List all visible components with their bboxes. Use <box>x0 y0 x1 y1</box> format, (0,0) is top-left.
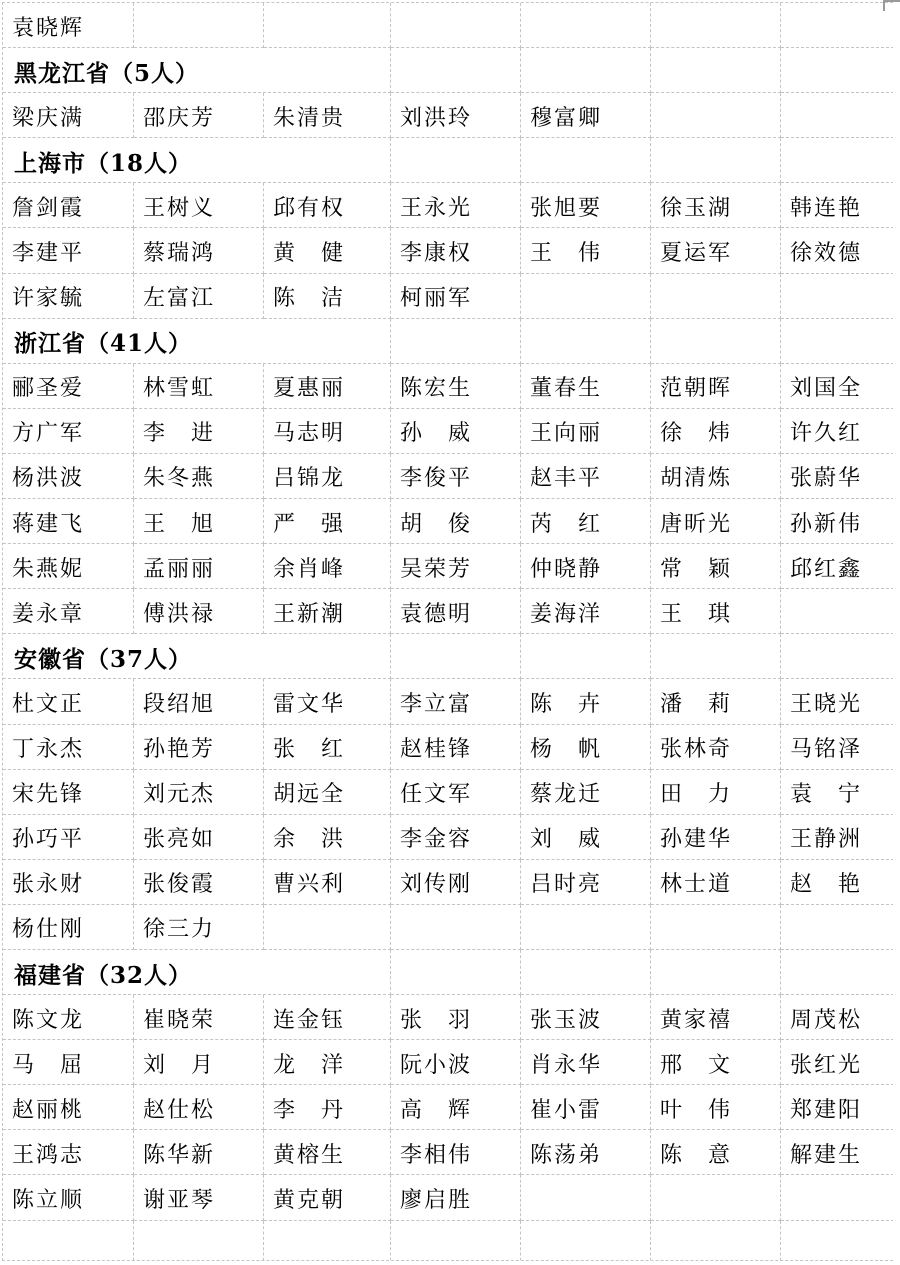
name-cell: 曹兴利 <box>264 860 391 905</box>
name-cell: 詹剑霞 <box>3 183 134 228</box>
page: { "page": { "background": "#ffffff", "gr… <box>0 0 900 1265</box>
name-cell: 龙 洋 <box>264 1040 391 1085</box>
name-cell: 吴荣芳 <box>391 544 521 589</box>
name-cell: 徐玉湖 <box>651 183 781 228</box>
name-cell: 孙建华 <box>651 815 781 860</box>
name-cell: 丁永杰 <box>3 725 134 770</box>
name-cell: 傅洪禄 <box>134 589 264 634</box>
name-cell: 徐 炜 <box>651 409 781 454</box>
empty-cell <box>651 274 781 319</box>
empty-cell <box>651 1221 781 1261</box>
empty-cell <box>521 48 651 93</box>
name-cell: 李康权 <box>391 228 521 273</box>
name-cell: 马铭泽 <box>781 725 893 770</box>
name-cell: 张蔚华 <box>781 454 893 499</box>
page-corner-mark <box>883 0 900 11</box>
name-cell: 邱红鑫 <box>781 544 893 589</box>
empty-cell <box>781 3 893 48</box>
name-cell: 阮小波 <box>391 1040 521 1085</box>
name-cell: 邵庆芳 <box>134 93 264 138</box>
name-cell: 朱清贵 <box>264 93 391 138</box>
name-cell: 邱有权 <box>264 183 391 228</box>
name-cell: 王晓光 <box>781 679 893 724</box>
name-cell: 朱冬燕 <box>134 454 264 499</box>
section-header-cell: 福建省（32人） <box>3 950 391 995</box>
section-header-cell: 安徽省（37人） <box>3 634 391 679</box>
name-cell: 董春生 <box>521 364 651 409</box>
empty-cell <box>391 950 521 995</box>
name-cell: 袁德明 <box>391 589 521 634</box>
empty-cell <box>521 905 651 950</box>
name-cell: 李建平 <box>3 228 134 273</box>
name-cell: 王鸿志 <box>3 1130 134 1175</box>
name-cell: 蔡龙迁 <box>521 770 651 815</box>
empty-cell <box>651 634 781 679</box>
name-cell: 王树义 <box>134 183 264 228</box>
name-cell: 赵丰平 <box>521 454 651 499</box>
empty-cell <box>264 905 391 950</box>
name-cell: 仲晓静 <box>521 544 651 589</box>
name-cell: 胡 俊 <box>391 499 521 544</box>
name-cell: 唐昕光 <box>651 499 781 544</box>
empty-cell <box>521 274 651 319</box>
name-cell: 陈 卉 <box>521 679 651 724</box>
empty-cell <box>134 1221 264 1261</box>
name-cell: 张亮如 <box>134 815 264 860</box>
name-cell: 杨洪波 <box>3 454 134 499</box>
name-cell: 李 丹 <box>264 1085 391 1130</box>
name-cell: 任文军 <box>391 770 521 815</box>
section-header-cell: 浙江省（41人） <box>3 319 391 364</box>
empty-cell <box>391 319 521 364</box>
name-cell: 张永财 <box>3 860 134 905</box>
empty-cell <box>391 905 521 950</box>
empty-cell <box>391 3 521 48</box>
name-cell: 廖启胜 <box>391 1175 521 1220</box>
empty-cell <box>3 1221 134 1261</box>
name-cell: 孙 威 <box>391 409 521 454</box>
name-cell: 常 颖 <box>651 544 781 589</box>
name-cell: 黄家禧 <box>651 995 781 1040</box>
name-cell: 郑建阳 <box>781 1085 893 1130</box>
name-cell: 陈文龙 <box>3 995 134 1040</box>
name-cell: 严 强 <box>264 499 391 544</box>
name-cell: 袁晓辉 <box>3 3 134 48</box>
empty-cell <box>651 1175 781 1220</box>
empty-cell <box>521 1221 651 1261</box>
empty-cell <box>781 48 893 93</box>
name-cell: 王 伟 <box>521 228 651 273</box>
empty-cell <box>264 1221 391 1261</box>
name-cell: 雷文华 <box>264 679 391 724</box>
empty-cell <box>651 48 781 93</box>
empty-cell <box>264 3 391 48</box>
name-cell: 王向丽 <box>521 409 651 454</box>
name-cell: 柯丽军 <box>391 274 521 319</box>
name-cell: 张 红 <box>264 725 391 770</box>
name-cell: 夏运军 <box>651 228 781 273</box>
name-cell: 刘元杰 <box>134 770 264 815</box>
name-cell: 杨仕刚 <box>3 905 134 950</box>
empty-cell <box>651 138 781 183</box>
name-cell: 张林奇 <box>651 725 781 770</box>
name-cell: 马 屈 <box>3 1040 134 1085</box>
name-cell: 杨 帆 <box>521 725 651 770</box>
name-cell: 姜海洋 <box>521 589 651 634</box>
empty-cell <box>521 138 651 183</box>
name-cell: 梁庆满 <box>3 93 134 138</box>
name-cell: 高 辉 <box>391 1085 521 1130</box>
name-cell: 刘国全 <box>781 364 893 409</box>
empty-cell <box>781 274 893 319</box>
name-cell: 林雪虹 <box>134 364 264 409</box>
name-cell: 范朝晖 <box>651 364 781 409</box>
name-cell: 吕锦龙 <box>264 454 391 499</box>
names-table: 袁晓辉黑龙江省（5人）梁庆满邵庆芳朱清贵刘洪玲穆富卿上海市（18人）詹剑霞王树义… <box>2 2 893 1261</box>
empty-cell <box>391 634 521 679</box>
name-cell: 赵 艳 <box>781 860 893 905</box>
name-cell: 崔小雷 <box>521 1085 651 1130</box>
name-cell: 段绍旭 <box>134 679 264 724</box>
name-cell: 陈华新 <box>134 1130 264 1175</box>
empty-cell <box>521 3 651 48</box>
name-cell: 孙巧平 <box>3 815 134 860</box>
name-cell: 王 旭 <box>134 499 264 544</box>
empty-cell <box>781 1175 893 1220</box>
name-cell: 谢亚琴 <box>134 1175 264 1220</box>
name-cell: 张玉波 <box>521 995 651 1040</box>
name-cell: 潘 莉 <box>651 679 781 724</box>
name-cell: 刘 月 <box>134 1040 264 1085</box>
name-cell: 连金钰 <box>264 995 391 1040</box>
name-cell: 芮 红 <box>521 499 651 544</box>
name-cell: 马志明 <box>264 409 391 454</box>
name-cell: 韩连艳 <box>781 183 893 228</box>
name-cell: 张旭要 <box>521 183 651 228</box>
name-cell: 黄 健 <box>264 228 391 273</box>
empty-cell <box>651 93 781 138</box>
name-cell: 徐效德 <box>781 228 893 273</box>
name-cell: 陈宏生 <box>391 364 521 409</box>
name-cell: 朱燕妮 <box>3 544 134 589</box>
empty-cell <box>781 93 893 138</box>
name-cell: 肖永华 <box>521 1040 651 1085</box>
name-cell: 胡清炼 <box>651 454 781 499</box>
name-cell: 杜文正 <box>3 679 134 724</box>
name-cell: 陈 洁 <box>264 274 391 319</box>
section-header-cell: 黑龙江省（5人） <box>3 48 391 93</box>
empty-cell <box>781 589 893 634</box>
name-cell: 陈 意 <box>651 1130 781 1175</box>
name-cell: 郦圣爱 <box>3 364 134 409</box>
name-cell: 田 力 <box>651 770 781 815</box>
name-cell: 崔晓荣 <box>134 995 264 1040</box>
empty-cell <box>781 319 893 364</box>
empty-cell <box>651 319 781 364</box>
name-cell: 许家毓 <box>3 274 134 319</box>
name-cell: 赵仕松 <box>134 1085 264 1130</box>
name-cell: 王静洲 <box>781 815 893 860</box>
name-cell: 姜永章 <box>3 589 134 634</box>
empty-cell <box>781 905 893 950</box>
empty-cell <box>651 950 781 995</box>
empty-cell <box>521 634 651 679</box>
name-cell: 陈立顺 <box>3 1175 134 1220</box>
name-cell: 许久红 <box>781 409 893 454</box>
name-cell: 周茂松 <box>781 995 893 1040</box>
empty-cell <box>651 3 781 48</box>
name-cell: 李金容 <box>391 815 521 860</box>
name-cell: 刘传刚 <box>391 860 521 905</box>
name-cell: 穆富卿 <box>521 93 651 138</box>
name-cell: 蒋建飞 <box>3 499 134 544</box>
name-cell: 蔡瑞鸿 <box>134 228 264 273</box>
name-cell: 李立富 <box>391 679 521 724</box>
name-cell: 张俊霞 <box>134 860 264 905</box>
section-header-cell: 上海市（18人） <box>3 138 391 183</box>
name-cell: 李 进 <box>134 409 264 454</box>
empty-cell <box>391 138 521 183</box>
empty-cell <box>781 138 893 183</box>
empty-cell <box>781 1221 893 1261</box>
name-cell: 余肖峰 <box>264 544 391 589</box>
name-cell: 王 琪 <box>651 589 781 634</box>
empty-cell <box>781 634 893 679</box>
empty-cell <box>781 950 893 995</box>
empty-cell <box>651 905 781 950</box>
name-cell: 黄榕生 <box>264 1130 391 1175</box>
name-cell: 夏惠丽 <box>264 364 391 409</box>
name-cell: 赵桂锋 <box>391 725 521 770</box>
empty-cell <box>521 1175 651 1220</box>
name-cell: 解建生 <box>781 1130 893 1175</box>
name-cell: 邢 文 <box>651 1040 781 1085</box>
name-cell: 刘洪玲 <box>391 93 521 138</box>
empty-cell <box>521 950 651 995</box>
name-cell: 黄克朝 <box>264 1175 391 1220</box>
name-cell: 胡远全 <box>264 770 391 815</box>
name-cell: 叶 伟 <box>651 1085 781 1130</box>
empty-cell <box>391 1221 521 1261</box>
name-cell: 李俊平 <box>391 454 521 499</box>
name-cell: 张红光 <box>781 1040 893 1085</box>
name-cell: 赵丽桃 <box>3 1085 134 1130</box>
name-cell: 林士道 <box>651 860 781 905</box>
name-cell: 孟丽丽 <box>134 544 264 589</box>
name-cell: 左富江 <box>134 274 264 319</box>
name-cell: 张 羽 <box>391 995 521 1040</box>
name-cell: 方广军 <box>3 409 134 454</box>
empty-cell <box>521 319 651 364</box>
name-cell: 袁 宁 <box>781 770 893 815</box>
name-cell: 陈荡弟 <box>521 1130 651 1175</box>
empty-cell <box>391 48 521 93</box>
name-cell: 孙新伟 <box>781 499 893 544</box>
name-cell: 徐三力 <box>134 905 264 950</box>
name-cell: 余 洪 <box>264 815 391 860</box>
name-cell: 王永光 <box>391 183 521 228</box>
name-cell: 吕时亮 <box>521 860 651 905</box>
name-cell: 王新潮 <box>264 589 391 634</box>
name-cell: 刘 威 <box>521 815 651 860</box>
name-cell: 宋先锋 <box>3 770 134 815</box>
empty-cell <box>134 3 264 48</box>
name-cell: 孙艳芳 <box>134 725 264 770</box>
name-cell: 李相伟 <box>391 1130 521 1175</box>
